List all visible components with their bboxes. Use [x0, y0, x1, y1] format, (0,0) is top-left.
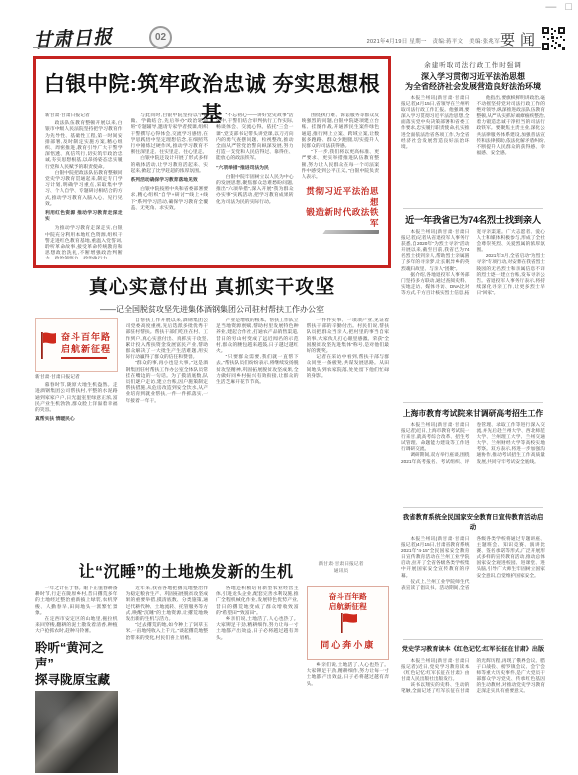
- land-headline: 让“沉睡”的土地焕发新的生机: [55, 559, 317, 582]
- section-label: 要闻: [500, 29, 540, 50]
- feature-article: 真心实意付出 真抓实干攻坚 ——记全国脱贫攻坚先进集体酒钢集团公司驻村帮扶工作办…: [33, 272, 391, 556]
- slogan-line-2: 锻造新时代政法铁军: [302, 207, 380, 228]
- rc3-headline: 上海市教育考试院来甘调研高考招生工作: [401, 408, 545, 419]
- paragraph: 乡亲们说,土地活了,人心也热了。大家铆足干劲,精耕细作,努力让每一寸土地都产出效…: [307, 663, 390, 688]
- rc5-body: 本报兰州讯(新甘肃·甘肃日报记者)近日,党史学习教育读本《红色记忆:红军长征在甘…: [401, 658, 545, 762]
- rc2-body: 本报兰州讯(新甘肃·甘肃日报记者)记者从省退役军人事务厅获悉,自2020年“为烈…: [401, 229, 545, 397]
- rc5-headline: 党史学习教育读本《红色记忆:红军长征在甘肃》出版: [401, 645, 545, 655]
- campaign-poster: 奋斗百年路 启航新征程: [35, 318, 118, 372]
- rc4-body: 本报兰州讯(新甘肃·甘肃日报记者)4月15日,甘肃省教育系统2021年“4·15…: [401, 536, 545, 634]
- feature-headline: 真心实意付出 真抓实干攻坚: [33, 272, 391, 299]
- feature-col-4: 一件件实事、一项项产业,见证着帮扶干部的辛勤付出。村民们说,帮扶队员把群众当亲人…: [307, 318, 390, 554]
- slogan-line-1: 贯彻习近平法治思想: [302, 186, 380, 207]
- rc-section-5: 党史学习教育读本《红色记忆:红军长征在甘肃》出版 本报兰州讯(新甘肃·甘肃日报记…: [401, 645, 545, 762]
- rc3-body: 本报兰州讯(新甘肃·甘肃日报记者)近日,上海市教育考试院一行来甘,就高考综合改革…: [401, 422, 545, 502]
- river-headline: 聆听“黄河之声” 探寻陇原宝藏: [35, 640, 118, 688]
- paragraph: 围绕执行难、诉讼服务等群众反映强烈的问题,白银中院逐项建立台账、挂图作战,开通涉…: [302, 113, 380, 150]
- land-col-2: 近年来,我省各地把撂荒地整治作为稳定粮食生产、巩固拓展脱贫攻坚成果的重要举措,摸…: [126, 586, 209, 775]
- paragraph: 白银中院牢固树立以人民为中心的发展思想,聚焦群众急难愁盼问题,推出“六项举措”,…: [216, 175, 294, 206]
- paragraph: 政法队伍教育整顿开展以来,白银市中级人民法院坚持把学习教育作为先导性、基础性工程…: [45, 121, 123, 171]
- main-article-col-3: “不忘初心——讲好党史故事”活动中,干警们结合审判执行工作实际,畅谈体会、交流心…: [216, 113, 294, 259]
- rc-section-2: 近一年我省已为74名烈士找到亲人 本报兰州讯(新甘肃·甘肃日报记者)记者从省退役…: [401, 214, 545, 397]
- feature-col-1: 奋斗百年路 启航新征程 新甘肃·甘肃日报记者 暮春时节,陇原大地生机盎然。走进酒…: [35, 318, 118, 554]
- poster2-line-3: 同心奔小康: [310, 639, 387, 651]
- river-headline-line-2: 探寻陇原宝藏: [35, 672, 118, 688]
- dateline: 2021年4月19日 星期一 责编:蒋平文 美编:张兆军: [342, 37, 500, 45]
- paragraph: 本报兰州讯(新甘肃·甘肃日报记者)近日,党史学习教育读本《红色记忆:红军长征在甘…: [401, 658, 470, 682]
- subhead-1: 利用红色资源 推动学习教育走深走实: [45, 211, 123, 223]
- paragraph: 乡亲们说,土地活了,人心也热了。大家铆足干劲,精耕细作,努力让每一寸土地都产出效…: [216, 617, 299, 642]
- paragraph: 记者在采访中看到,帮扶干部与群众同坐一条板凳,共谋发展思路。从田间地头到农家院落…: [307, 355, 390, 380]
- land-col-1: 一年之计在于春。眼下正值春耕备耕时节,行走在陇原乡村,昔日撂荒多年的土地经过整治…: [35, 586, 118, 775]
- section-divider: [403, 208, 543, 209]
- paragraph: 近年来,我省各地把撂荒地整治作为稳定粮食生产、巩固拓展脱贫攻坚成果的重要举措,摸…: [126, 586, 209, 623]
- red-flag-icon: [39, 330, 57, 360]
- main-article-col-2: 与此同时,白银中院坚持以学促做、学做结合,先后举办“政治轮训班”专题辅导,邀请专…: [131, 113, 209, 259]
- paragraph: 白银中院把政法队伍教育整顿同党史学习教育贯通起来,制定专门学习计划,明确学习重点…: [45, 171, 123, 208]
- land-bylines: 新甘肃·甘肃日报记者 通讯员: [293, 562, 389, 575]
- poster2-line-2: 启航新征程: [310, 602, 387, 612]
- paragraph: 自帮扶工作开展以来,酒钢集团公司党委高度重视,先后选派多批优秀干部驻村帮扶。帮扶…: [126, 318, 209, 361]
- paragraph: 为推动学习教育走深走实,白银中院充分利用本地红色资源,组织干警走进红色教育基地,…: [45, 226, 123, 259]
- right-column: 余建听取司法行政工作时强调 深入学习贯彻习近平法治思想 为全省经济社会发展营造良…: [401, 60, 545, 774]
- section-divider: [403, 402, 543, 403]
- paragraph: 2021年3月,全省启动“为烈士寻亲”专项行动,对安葬在我省烈士陵园的无名烈士和…: [477, 253, 546, 296]
- byline: 新甘肃·甘肃日报记者: [45, 113, 123, 119]
- rc4-headline: 我省教育系统全民国家安全教育日宣传教育活动启动: [401, 513, 545, 533]
- paragraph: 暮春时节,陇原大地生机盎然。走进酒钢集团公司帮扶村,平整的水泥路通到家家户户,日…: [35, 383, 118, 414]
- newspaper-page: — □ 甘肃日报 02 2021年4月19日 星期一 责编:蒋平文 美编:张兆军…: [0, 0, 578, 775]
- paragraph: 一年之计在于春。眼下正值春耕备耕时节,行走在陇原乡村,昔日撂荒多年的土地经过整治…: [35, 586, 118, 617]
- land-col-4: 奋斗百年路 启航新征程 同心奔小康 乡亲们说,土地活了,人心也热了。大家铆足干劲…: [307, 586, 390, 775]
- feature-subhead: 真帮实扶 情暖民心: [35, 417, 118, 423]
- page-number-badge: 02: [149, 26, 172, 49]
- paragraph: 白银中院按照中央和省委部署要求,精心组织“自学+研讨”“线上+线下”系列学习活动…: [131, 187, 209, 212]
- rc2-headline: 近一年我省已为74名烈士找到亲人: [401, 214, 545, 226]
- paragraph: 本报兰州讯(新甘肃·甘肃日报记者)4月15日,甘肃省教育系统2021年“4·15…: [401, 536, 470, 579]
- land-col-3: 各地还积极培育新型农业经营主体,引进龙头企业,配套完善水利设施,推广全程机械化作…: [216, 586, 299, 775]
- paragraph: 白银中院还设计开展了形式多样的载体活动,让学习教育活起来、实起来,掀起了比学赶超…: [131, 156, 209, 175]
- paragraph: 一件件实事、一项项产业,见证着帮扶干部的辛勤付出。村民们说,帮扶队员把群众当亲人…: [307, 318, 390, 355]
- section-divider: [403, 639, 543, 640]
- rc1-headline-line-1: 深入学习贯彻习近平法治思想: [401, 72, 545, 82]
- rc1-kicker: 余建听取司法行政工作时强调: [401, 60, 545, 69]
- feature-col-2: 自帮扶工作开展以来,酒钢集团公司党委高度重视,先后选派多批优秀干部驻村帮扶。帮扶…: [126, 318, 209, 554]
- river-photo: [35, 691, 118, 773]
- rc1-headline-line-2: 为全省经济社会发展营造良好法治环境: [401, 82, 545, 92]
- poster-rule: [61, 357, 107, 359]
- paragraph: “只要群众需要,我们就一直帮下去。”帮扶队员们纷纷表示,将继续发扬脱贫攻坚精神,…: [216, 355, 299, 386]
- paragraph: “下一步,我们将以更高标准、更严要求、更实举措推进队伍教育整顿,努力让人民群众在…: [302, 150, 380, 181]
- section-divider: [403, 507, 543, 508]
- paragraph: 各地还积极培育新型农业经营主体,引进龙头企业,配套完善水利设施,推广全程机械化作…: [216, 586, 299, 617]
- poster2-line-1: 奋斗百年路: [310, 592, 387, 602]
- paragraph: 产业是增收的根本。帮扶工作队立足当地资源禀赋,帮助村里发展特色种养业,建起合作社…: [216, 318, 299, 355]
- paragraph: 与此同时,白银中院坚持以学促做、学做结合,先后举办“政治轮训班”专题辅导,邀请专…: [131, 113, 209, 156]
- subhead-2: 系列活动确保学习教育落地见效: [131, 178, 209, 184]
- paragraph: 在定西市安定区的山地里,拖拉机来回穿梭,翻耕的泥土散发着清香,种植大户抢抓农时,…: [35, 617, 118, 636]
- poster-line-1: 奋斗百年路: [61, 331, 111, 343]
- masthead-brand: 甘肃日报: [32, 22, 113, 53]
- byline: 通讯员: [293, 569, 389, 576]
- rc-section-1: 余建听取司法行政工作时强调 深入学习贯彻习近平法治思想 为全省经济社会发展营造良…: [401, 60, 545, 203]
- masthead-rule: [33, 47, 545, 48]
- campaign-poster-2: 奋斗百年路 启航新征程 同心奔小康: [307, 586, 390, 660]
- land-article: 让“沉睡”的土地焕发新的生机 新甘肃·甘肃日报记者 通讯员 一年之计在于春。眼下…: [33, 558, 391, 775]
- rc-section-4: 我省教育系统全民国家安全教育日宣传教育活动启动 本报兰州讯(新甘肃·甘肃日报记者…: [401, 513, 545, 634]
- main-article: 白银中院:筑牢政治忠诚 夯实思想根基 新甘肃·甘肃日报记者 政法队伍教育整顿开展…: [33, 56, 391, 268]
- paragraph: 他指出,要旗帜鲜明讲政治,毫不动摇坚持党对司法行政工作的绝对领导,纵深推进政法队…: [477, 95, 546, 156]
- paragraph: 本报兰州讯(新甘肃·甘肃日报记者)4月15日,省领导在兰州听取司法行政工作汇报。…: [401, 95, 470, 150]
- feature-subtitle: ——记全国脱贫攻坚先进集体酒钢集团公司驻村帮扶工作办公室: [33, 304, 391, 315]
- maximize-icon[interactable]: □: [565, 1, 572, 14]
- slogan-block: 贯彻习近平法治思想 锻造新时代政法铁军: [302, 186, 380, 234]
- rc-section-3: 上海市教育考试院来甘调研高考招生工作 本报兰州讯(新甘肃·甘肃日报记者)近日,上…: [401, 408, 545, 502]
- feature-col-3: 产业是增收的根本。帮扶工作队立足当地资源禀赋,帮助村里发展特色种养业,建起合作社…: [216, 318, 299, 554]
- paragraph: 本报兰州讯(新甘肃·甘肃日报记者)记者从省退役军人事务厅获悉,自2020年“为烈…: [401, 229, 470, 272]
- main-article-col-4: 围绕执行难、诉讼服务等群众反映强烈的问题,白银中院逐项建立台账、挂图作战,开通涉…: [302, 113, 380, 259]
- minimize-icon[interactable]: —: [545, 1, 556, 14]
- paragraph: “过去撂荒的地,如今种上了饲草玉米,一亩地纯收入上千元。”谈起撂荒地整治带来的变…: [126, 623, 209, 642]
- byline: 新甘肃·甘肃日报记者: [35, 375, 118, 381]
- subhead-3: “六项举措”推进司法为民: [216, 166, 294, 172]
- main-article-col-1: 新甘肃·甘肃日报记者 政法队伍教育整顿开展以来,白银市中级人民法院坚持把学习教育…: [45, 113, 123, 259]
- paragraph: “群众的事,再小也是大事。”这是酒钢集团驻村帮扶工作办公室全体队员常挂在嘴边的一…: [126, 361, 209, 404]
- paragraph: 本报兰州讯(新甘肃·甘肃日报记者)近日,上海市教育考试院一行来甘,就高考综合改革…: [401, 422, 470, 452]
- poster-text: 奋斗百年路 启航新征程: [61, 331, 111, 359]
- window-controls: — □: [545, 1, 572, 14]
- paragraph: “不忘初心——讲好党史故事”活动中,干警们结合审判执行工作实际,畅谈体会、交流心…: [216, 113, 294, 163]
- red-flag-icon: [338, 612, 358, 634]
- poster-line-2: 启航新征程: [61, 343, 111, 355]
- river-headline-line-1: 聆听“黄河之声”: [35, 640, 118, 672]
- qr-code-icon: [541, 26, 566, 51]
- rc1-body: 本报兰州讯(新甘肃·甘肃日报记者)4月15日,省领导在兰州听取司法行政工作汇报。…: [401, 95, 545, 203]
- slogan-underline: [322, 230, 379, 234]
